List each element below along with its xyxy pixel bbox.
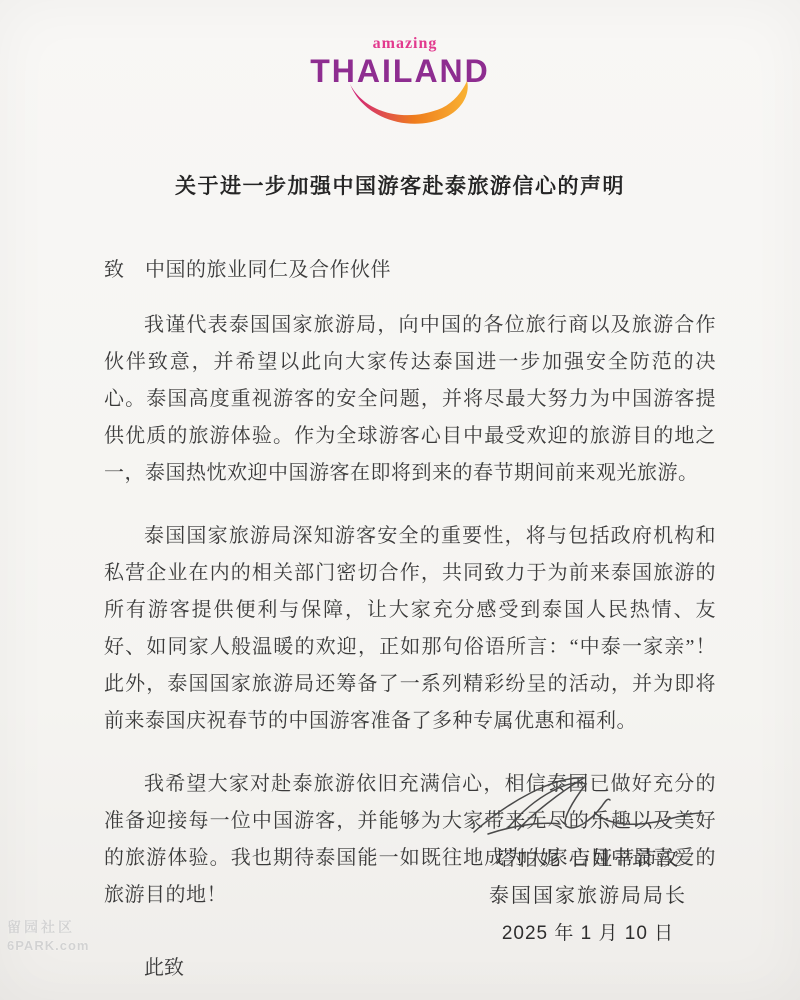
watermark-chinese-text: 留园社区: [7, 920, 89, 938]
paragraph-2: 泰国国家旅游局深知游客安全的重要性，将与包括政府机构和私营企业在内的相关部门密切…: [104, 518, 716, 740]
signer-name: 塔帕妮·吉娅蒂沛汶: [438, 842, 738, 871]
watermark-domain-text: 6PARK.com: [7, 938, 89, 954]
thailand-smile-swoosh-icon: [346, 78, 474, 124]
letter-page: amazing THAILAND 关于进一步加强中国游客赴泰旅游信心的声明 致 …: [0, 0, 800, 1000]
amazing-thailand-logo: amazing THAILAND: [0, 0, 800, 124]
signature-block: 塔帕妮·吉娅蒂沛汶 泰国国家旅游局局长 2025 年 1 月 10 日: [438, 772, 738, 945]
logo-amazing-text: amazing: [10, 36, 800, 52]
signer-title: 泰国国家旅游局局长: [438, 879, 738, 908]
site-watermark: 留园社区 6PARK.com: [7, 920, 89, 954]
handwritten-signature-image: [468, 772, 708, 844]
closing-salute: 此致: [104, 950, 716, 987]
paragraph-1: 我谨代表泰国国家旅游局，向中国的各位旅行商以及旅游合作伙伴致意，并希望以此向大家…: [104, 307, 716, 492]
letter-title: 关于进一步加强中国游客赴泰旅游信心的声明: [0, 170, 800, 200]
letter-date: 2025 年 1 月 10 日: [438, 918, 738, 945]
salutation: 致 中国的旅业同仁及合作伙伴: [104, 252, 716, 289]
